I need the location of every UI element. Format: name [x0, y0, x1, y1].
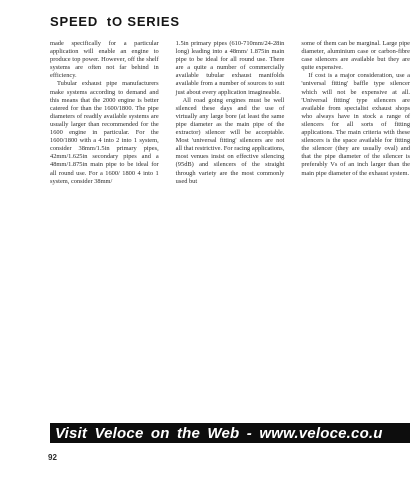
page-number: 92: [48, 453, 57, 462]
page-content: SPEED tO SERIES made specifically for a …: [50, 14, 410, 186]
paragraph: 1.5in primary pipes (610-710mm/24-28in l…: [176, 40, 285, 97]
paragraph: made specifically for a particular appli…: [50, 40, 159, 80]
paragraph: some of them can be marginal. Large pipe…: [301, 40, 410, 72]
text-column-3: some of them can be marginal. Large pipe…: [301, 40, 410, 186]
paragraph: Tubular exhaust pipe manufacturers make …: [50, 80, 159, 185]
veloce-web-banner: Visit Veloce on the Web - www.veloce.co.…: [50, 423, 410, 443]
veloce-web-banner-text: Visit Veloce on the Web - www.veloce.co.…: [50, 425, 383, 442]
text-columns: made specifically for a particular appli…: [50, 40, 410, 186]
page-title: SPEED tO SERIES: [50, 14, 410, 29]
scanned-book-page: SPEED tO SERIES made specifically for a …: [0, 0, 416, 480]
text-column-1: made specifically for a particular appli…: [50, 40, 159, 186]
paragraph: All road going engines must be well sile…: [176, 97, 285, 186]
paragraph: If cost is a major consideration, use a …: [301, 72, 410, 177]
text-column-2: 1.5in primary pipes (610-710mm/24-28in l…: [176, 40, 285, 186]
